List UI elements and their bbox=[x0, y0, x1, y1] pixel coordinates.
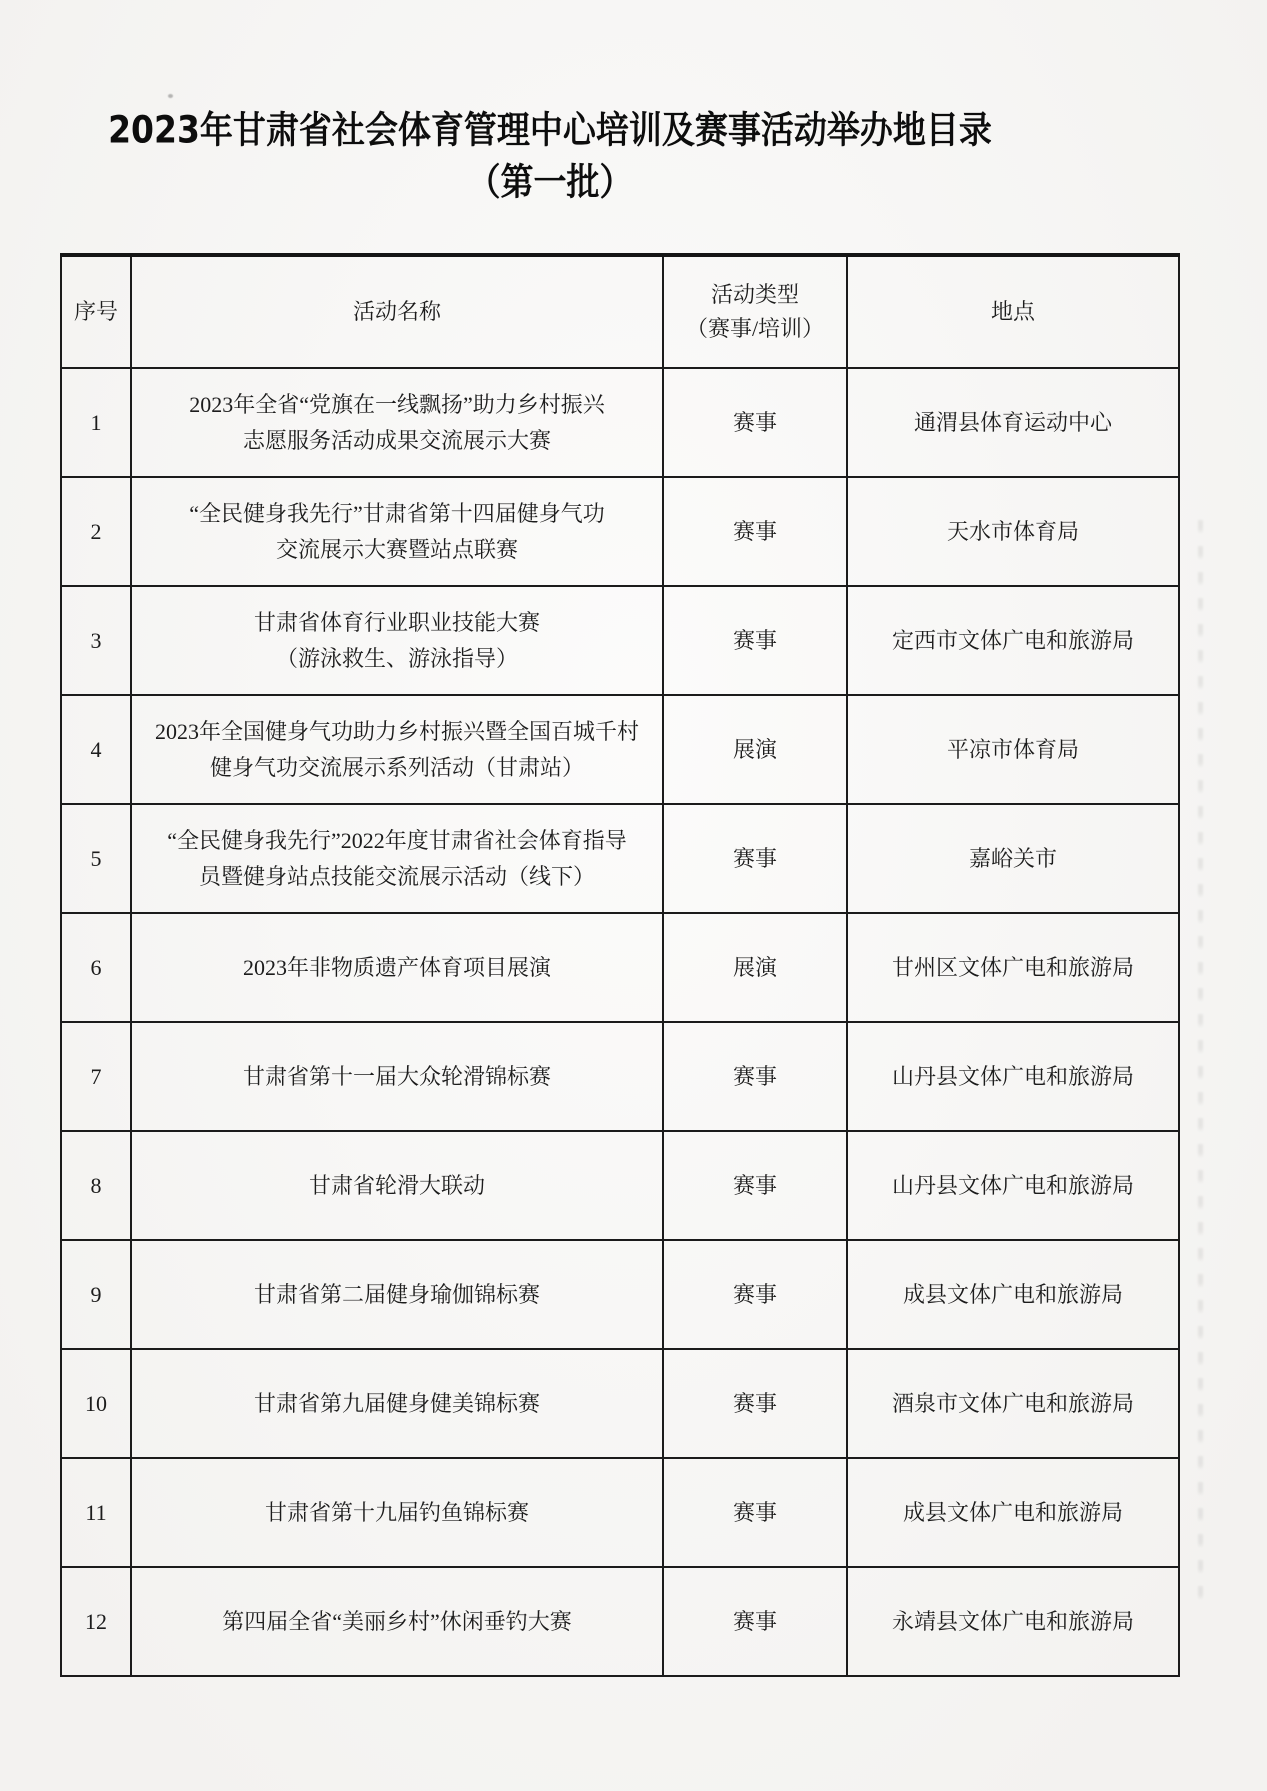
table-row: 9 甘肃省第二届健身瑜伽锦标赛 赛事 成县文体广电和旅游局 bbox=[61, 1240, 1179, 1349]
row-location: 酒泉市文体广电和旅游局 bbox=[847, 1349, 1179, 1458]
row-location: 山丹县文体广电和旅游局 bbox=[847, 1022, 1179, 1131]
row-type: 赛事 bbox=[663, 1458, 847, 1567]
row-name: 甘肃省轮滑大联动 bbox=[131, 1131, 663, 1240]
row-type: 赛事 bbox=[663, 804, 847, 913]
row-no: 3 bbox=[61, 586, 131, 695]
row-name: 甘肃省第九届健身健美锦标赛 bbox=[131, 1349, 663, 1458]
events-table: 序号 活动名称 活动类型 （赛事/培训） 地点 1 2023年全省“党旗在一线飘… bbox=[60, 253, 1180, 1677]
row-name: 第四届全省“美丽乡村”休闲垂钓大赛 bbox=[131, 1567, 663, 1676]
row-location: 山丹县文体广电和旅游局 bbox=[847, 1131, 1179, 1240]
document-title-line2: （第一批） bbox=[0, 153, 1100, 211]
header-cell-type: 活动类型 （赛事/培训） bbox=[663, 255, 847, 368]
row-no: 7 bbox=[61, 1022, 131, 1131]
row-location: 平凉市体育局 bbox=[847, 695, 1179, 804]
row-no: 11 bbox=[61, 1458, 131, 1567]
row-name: 甘肃省第十一届大众轮滑锦标赛 bbox=[131, 1022, 663, 1131]
header-row: 序号 活动名称 活动类型 （赛事/培训） 地点 bbox=[61, 255, 1179, 368]
row-name: “全民健身我先行”2022年度甘肃省社会体育指导 员暨健身站点技能交流展示活动（… bbox=[131, 804, 663, 913]
table-row: 8 甘肃省轮滑大联动 赛事 山丹县文体广电和旅游局 bbox=[61, 1131, 1179, 1240]
row-type: 赛事 bbox=[663, 1022, 847, 1131]
table-header: 序号 活动名称 活动类型 （赛事/培训） 地点 bbox=[61, 255, 1179, 368]
row-type: 赛事 bbox=[663, 477, 847, 586]
table-row: 12 第四届全省“美丽乡村”休闲垂钓大赛 赛事 永靖县文体广电和旅游局 bbox=[61, 1567, 1179, 1676]
row-location: 嘉峪关市 bbox=[847, 804, 1179, 913]
row-no: 6 bbox=[61, 913, 131, 1022]
row-no: 5 bbox=[61, 804, 131, 913]
row-name: 2023年非物质遗产体育项目展演 bbox=[131, 913, 663, 1022]
table-row: 10 甘肃省第九届健身健美锦标赛 赛事 酒泉市文体广电和旅游局 bbox=[61, 1349, 1179, 1458]
row-location: 定西市文体广电和旅游局 bbox=[847, 586, 1179, 695]
header-cell-no: 序号 bbox=[61, 255, 131, 368]
row-no: 9 bbox=[61, 1240, 131, 1349]
row-type: 赛事 bbox=[663, 1240, 847, 1349]
row-type: 赛事 bbox=[663, 1131, 847, 1240]
table-row: 7 甘肃省第十一届大众轮滑锦标赛 赛事 山丹县文体广电和旅游局 bbox=[61, 1022, 1179, 1131]
row-name: 甘肃省体育行业职业技能大赛 （游泳救生、游泳指导） bbox=[131, 586, 663, 695]
row-no: 8 bbox=[61, 1131, 131, 1240]
row-type: 赛事 bbox=[663, 368, 847, 477]
table-row: 2 “全民健身我先行”甘肃省第十四届健身气功 交流展示大赛暨站点联赛 赛事 天水… bbox=[61, 477, 1179, 586]
row-no: 1 bbox=[61, 368, 131, 477]
row-location: 甘州区文体广电和旅游局 bbox=[847, 913, 1179, 1022]
scanned-document-page: 2023年甘肃省社会体育管理中心培训及赛事活动举办地目录 （第一批） 序号 活动… bbox=[0, 0, 1267, 1791]
row-name: 甘肃省第十九届钓鱼锦标赛 bbox=[131, 1458, 663, 1567]
row-no: 12 bbox=[61, 1567, 131, 1676]
row-name: 甘肃省第二届健身瑜伽锦标赛 bbox=[131, 1240, 663, 1349]
row-location: 永靖县文体广电和旅游局 bbox=[847, 1567, 1179, 1676]
table-row: 1 2023年全省“党旗在一线飘扬”助力乡村振兴 志愿服务活动成果交流展示大赛 … bbox=[61, 368, 1179, 477]
document-title: 2023年甘肃省社会体育管理中心培训及赛事活动举办地目录 （第一批） bbox=[0, 104, 1100, 208]
row-location: 成县文体广电和旅游局 bbox=[847, 1240, 1179, 1349]
table-row: 6 2023年非物质遗产体育项目展演 展演 甘州区文体广电和旅游局 bbox=[61, 913, 1179, 1022]
scan-margin-artifact bbox=[1198, 520, 1203, 1600]
row-location: 天水市体育局 bbox=[847, 477, 1179, 586]
row-no: 4 bbox=[61, 695, 131, 804]
row-location: 通渭县体育运动中心 bbox=[847, 368, 1179, 477]
document-title-line1: 2023年甘肃省社会体育管理中心培训及赛事活动举办地目录 bbox=[0, 101, 1100, 159]
header-cell-name: 活动名称 bbox=[131, 255, 663, 368]
header-cell-location: 地点 bbox=[847, 255, 1179, 368]
row-location: 成县文体广电和旅游局 bbox=[847, 1458, 1179, 1567]
row-name: “全民健身我先行”甘肃省第十四届健身气功 交流展示大赛暨站点联赛 bbox=[131, 477, 663, 586]
row-type: 展演 bbox=[663, 695, 847, 804]
table-body: 1 2023年全省“党旗在一线飘扬”助力乡村振兴 志愿服务活动成果交流展示大赛 … bbox=[61, 368, 1179, 1676]
row-type: 赛事 bbox=[663, 586, 847, 695]
table-row: 11 甘肃省第十九届钓鱼锦标赛 赛事 成县文体广电和旅游局 bbox=[61, 1458, 1179, 1567]
row-no: 10 bbox=[61, 1349, 131, 1458]
table-row: 3 甘肃省体育行业职业技能大赛 （游泳救生、游泳指导） 赛事 定西市文体广电和旅… bbox=[61, 586, 1179, 695]
row-type: 赛事 bbox=[663, 1567, 847, 1676]
table-row: 4 2023年全国健身气功助力乡村振兴暨全国百城千村 健身气功交流展示系列活动（… bbox=[61, 695, 1179, 804]
row-name: 2023年全国健身气功助力乡村振兴暨全国百城千村 健身气功交流展示系列活动（甘肃… bbox=[131, 695, 663, 804]
table-row: 5 “全民健身我先行”2022年度甘肃省社会体育指导 员暨健身站点技能交流展示活… bbox=[61, 804, 1179, 913]
scan-speck bbox=[168, 94, 173, 98]
row-type: 展演 bbox=[663, 913, 847, 1022]
row-no: 2 bbox=[61, 477, 131, 586]
row-type: 赛事 bbox=[663, 1349, 847, 1458]
row-name: 2023年全省“党旗在一线飘扬”助力乡村振兴 志愿服务活动成果交流展示大赛 bbox=[131, 368, 663, 477]
